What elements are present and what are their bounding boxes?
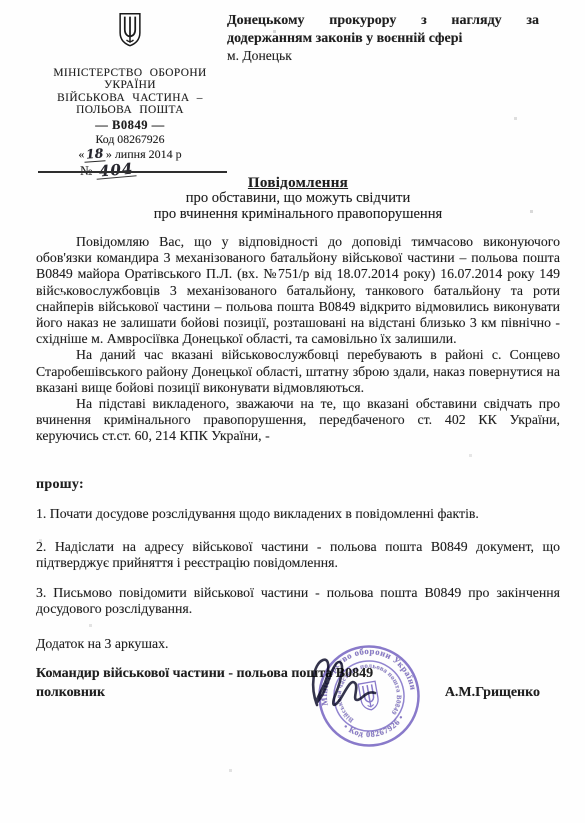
signer-name: А.М.Грищенко (445, 685, 540, 701)
addressee-city: м. Донецьк (227, 48, 539, 64)
scan-noise-speckles (0, 0, 1, 1)
letterhead: МІНІСТЕРСТВО ОБОРОНИ УКРАЇНИ ВІЙСЬКОВА Ч… (30, 10, 230, 178)
coat-of-arms-icon (117, 12, 143, 48)
letterhead-org-line: УКРАЇНИ (30, 79, 230, 91)
handwritten-day: 18 (84, 146, 106, 162)
addressee-line: Донецькому прокурору з нагляду за (227, 12, 539, 30)
signer-position: Командир військової частини - польова по… (36, 666, 562, 682)
handwritten-signature (303, 653, 387, 713)
request-item-1: 1. Почати досудове розслідування щодо ви… (36, 506, 560, 522)
addressee-block: Донецькому прокурору з нагляду за додерж… (227, 12, 539, 64)
title-subline: про вчинення кримінального правопорушенн… (36, 207, 560, 223)
letterhead-org-line: МІНІСТЕРСТВО ОБОРОНИ (30, 67, 230, 79)
letterhead-org-line: ВІЙСЬКОВА ЧАСТИНА – (30, 92, 230, 104)
letterhead-code: Код 08267926 (30, 133, 230, 146)
title-subline: про обставини, що можуть свідчити (36, 191, 560, 207)
title-main: Повідомлення (36, 175, 560, 191)
document-title: Повідомлення про обставини, що можуть св… (36, 175, 560, 222)
addressee-line: додержанням законів у воєнній сфері (227, 30, 539, 48)
letterhead-org-line: ПОЛЬОВА ПОШТА (30, 104, 230, 116)
date-rest: » липня 2014 р (106, 147, 182, 161)
body-text: Повідомляю Вас, що у відповідності до до… (36, 234, 560, 445)
attachment-note: Додаток на 3 аркушах. (36, 636, 168, 652)
letterhead-unit-number: — В0849 — (30, 119, 230, 133)
signer-rank: полковник (36, 685, 105, 701)
request-item-3: 3. Письмово повідомити військової частин… (36, 585, 560, 617)
request-label: прошу: (36, 477, 84, 493)
body-paragraph: На підставі викладеного, зважаючи на те,… (36, 396, 560, 445)
body-paragraph: Повідомляю Вас, що у відповідності до до… (36, 234, 560, 347)
letterhead-divider-rule (38, 171, 227, 173)
scanned-military-letter: МІНІСТЕРСТВО ОБОРОНИ УКРАЇНИ ВІЙСЬКОВА Ч… (0, 0, 585, 823)
signature-block: Командир військової частини - польова по… (36, 666, 562, 701)
body-paragraph: На даний час вказані військовослужбовці … (36, 347, 560, 396)
request-item-2: 2. Надіслати на адресу військової частин… (36, 539, 560, 571)
